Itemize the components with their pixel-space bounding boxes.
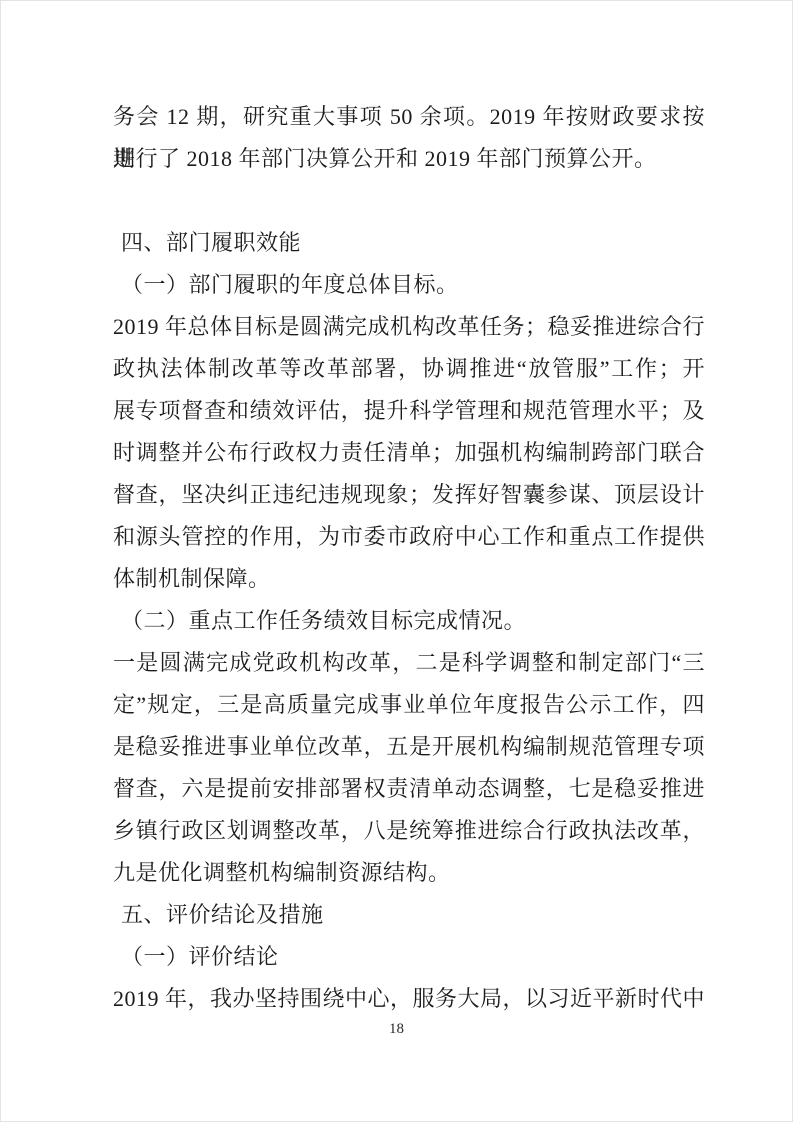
text-line: 是稳妥推进事业单位改革，五是开展机构编制规范管理专项 (113, 726, 705, 768)
text-line: 2019 年总体目标是圆满完成机构改革任务；稳妥推进综合行 (113, 306, 705, 348)
text-line: 督查，六是提前安排部署权责清单动态调整，七是稳妥推进 (113, 768, 705, 810)
text-line: 2019 年，我办坚持围绕中心，服务大局，以习近平新时代中 (113, 978, 705, 1020)
text-line: 九是优化调整机构编制资源结构。 (113, 852, 705, 894)
text-line: 时调整并公布行政权力责任清单；加强机构编制跨部门联合 (113, 432, 705, 474)
document-text-block: 务会 12 期，研究重大事项 50 余项。2019 年按财政要求按期 进行了 2… (113, 96, 705, 1020)
text-line: 一是圆满完成党政机构改革，二是科学调整和制定部门“三 (113, 642, 705, 684)
page-number: 18 (1, 1021, 792, 1038)
blank-line (113, 180, 705, 222)
subsection-heading-two: （二）重点工作任务绩效目标完成情况。 (113, 600, 705, 642)
section-heading-four: 四、部门履职效能 (113, 222, 705, 264)
subsection-heading-conclusion: （一）评价结论 (113, 936, 705, 978)
text-line: 定”规定，三是高质量完成事业单位年度报告公示工作，四 (113, 684, 705, 726)
document-page: 务会 12 期，研究重大事项 50 余项。2019 年按财政要求按期 进行了 2… (0, 0, 793, 1122)
text-line: 督查，坚决纠正违纪违规现象；发挥好智囊参谋、顶层设计 (113, 474, 705, 516)
text-line: 乡镇行政区划调整改革，八是统筹推进综合行政执法改革， (113, 810, 705, 852)
text-line: 体制机制保障。 (113, 558, 705, 600)
text-line: 务会 12 期，研究重大事项 50 余项。2019 年按财政要求按期 (113, 96, 705, 138)
subsection-heading-one: （一）部门履职的年度总体目标。 (113, 264, 705, 306)
text-line: 进行了 2018 年部门决算公开和 2019 年部门预算公开。 (113, 138, 705, 180)
text-line: 和源头管控的作用，为市委市政府中心工作和重点工作提供 (113, 516, 705, 558)
text-line: 展专项督查和绩效评估，提升科学管理和规范管理水平；及 (113, 390, 705, 432)
section-heading-five: 五、评价结论及措施 (113, 894, 705, 936)
text-line: 政执法体制改革等改革部署，协调推进“放管服”工作；开 (113, 348, 705, 390)
